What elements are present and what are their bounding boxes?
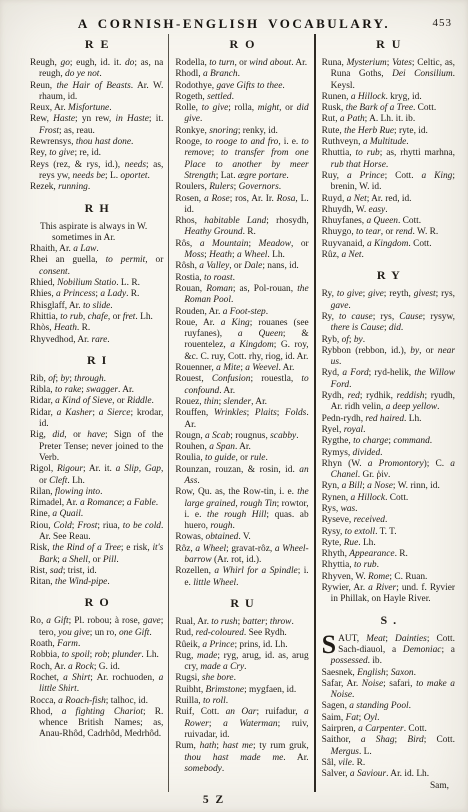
book-page: A CORNISH-ENGLISH VOCABULARY. 453 RE Reu… xyxy=(0,0,468,812)
dictionary-entry: Rodella, to turn, or wind about. Ar. xyxy=(175,58,308,69)
dictionary-entry: Runen, a Hillock. kryg, id. xyxy=(322,92,455,103)
dictionary-entry: Ruibht, Brimstone; mygfaen, id. xyxy=(175,685,308,696)
dictionary-entry: Rouenner, a Mite; a Weevel. Ar. xyxy=(175,363,308,374)
dictionary-entry: Rogeth, settled. xyxy=(175,92,308,103)
dictionary-entry: Rhittia, to rub, chafe, or fret. Lh. xyxy=(30,312,163,323)
dictionary-entry: Rine, a Quail. xyxy=(30,509,163,520)
dictionary-entry: Rowas, obtained. V. xyxy=(175,532,308,543)
dictionary-entry: Rual, Ar. to rush; batter; throw. xyxy=(175,617,308,628)
dictionary-entry: Rud, red-coloured. See Rydh. xyxy=(175,628,308,639)
dictionary-entry: Ruthveyn, a Multitude. xyxy=(322,137,455,148)
dictionary-entry: Rhisglaff, Ar. to slide. xyxy=(30,301,163,312)
dictionary-entry: Rouan, Roman; as, Pol-rouan, the Roman P… xyxy=(175,284,308,307)
dictionary-entry: Rhyven, W. Rome; C. Ruan. xyxy=(322,572,455,583)
dictionary-entry: Saim, Fat; Oyl. xyxy=(322,713,455,724)
column-body-ro: Rodella, to turn, or wind about. Ar.Rhod… xyxy=(175,58,308,775)
section-header: RY xyxy=(322,268,455,283)
dictionary-entry: Rhodl, a Branch. xyxy=(175,69,308,80)
dictionary-entry: Sairpren, a Carpenter. Cott. xyxy=(322,724,455,735)
dictionary-entry: Rhuygo, to tear, or rend. W. R. xyxy=(322,227,455,238)
dictionary-entry: Row, Qu. as, the Row-tin, i. e. the larg… xyxy=(175,487,308,532)
dictionary-entry: Rhaith, Ar. a Law. xyxy=(30,244,163,255)
column-body-re: Reugh, go; eugh, id. it. do; as, na reug… xyxy=(30,58,163,741)
section-header: RU xyxy=(175,596,308,611)
dictionary-entry: Rhuttia, to rub; as, rhytti marhna, rub … xyxy=(322,148,455,171)
dictionary-entry: Rhòs, Heath. R. xyxy=(30,323,163,334)
dictionary-entry: Roulers, Rulers; Governors. xyxy=(175,182,308,193)
dictionary-entry: Rygthe, to charge; command. xyxy=(322,436,455,447)
dictionary-entry: Rib, of; by; through. xyxy=(30,374,163,385)
dictionary-entry: Reun, the Hair of Beasts. Ar. W. rhaum, … xyxy=(30,81,163,104)
dictionary-entry: Rougn, a Scab; rougnus, scabby. xyxy=(175,431,308,442)
dictionary-entry: Ryseve, received. xyxy=(322,515,455,526)
dictionary-entry: Rydh, red; rydhik, reddish; ryudh, Ar. r… xyxy=(322,391,455,414)
dictionary-entry: Rug, made; ryg, arug, id. as, arug cry, … xyxy=(175,651,308,674)
dictionary-entry: Salver, a Saviour. Ar. id. Lh. xyxy=(322,769,455,780)
dictionary-entry: Rhyvedhod, Ar. rare. xyxy=(30,335,163,346)
dictionary-entry: Rôz, a Wheel; gravat-rôz, a Wheel-barrow… xyxy=(175,544,308,567)
dictionary-entry: Rôsh, a Valley, or Dale; nans, id. xyxy=(175,261,308,272)
section-header: RO xyxy=(30,595,163,610)
dictionary-entry: Rusk, the Bark of a Tree. Cott. xyxy=(322,103,455,114)
dictionary-entry: Rysy, to extoll. T. T. xyxy=(322,527,455,538)
drop-cap-letter: S xyxy=(322,634,336,655)
dictionary-entry: Rist, sad; trist, id. xyxy=(30,566,163,577)
dictionary-entry: Rewrensys, thou hast done. xyxy=(30,137,163,148)
dictionary-entry: Ritan, the Wind-pipe. xyxy=(30,577,163,588)
dictionary-entry: Rey, to give; re, id. xyxy=(30,148,163,159)
dictionary-entry: Ryb, of; by. xyxy=(322,335,455,346)
dictionary-entry: Riou, Cold; Frost; riua, to be cold. Ar.… xyxy=(30,521,163,544)
dictionary-entry: Saesnek, English; Saxon. xyxy=(322,668,455,679)
dictionary-entry: Rimadel, Ar. a Romance; a Fable. xyxy=(30,498,163,509)
dictionary-entry: Ryn, a Bill; a Nose; W. rinn, id. xyxy=(322,481,455,492)
dictionary-entry: Rodothye, gave Gifts to thee. xyxy=(175,81,308,92)
dictionary-entry: Rouffen, Wrinkles; Plaits; Folds. Ar. xyxy=(175,408,308,431)
dictionary-entry: Ry, to cause; rys, Cause; rysyw, there i… xyxy=(322,312,455,335)
dictionary-entry: Safar, Ar. Noise; safari, to make a Nois… xyxy=(322,679,455,702)
dictionary-entry: Roch, Ar. a Rock; G. id. xyxy=(30,662,163,673)
dictionary-entry: Ronkye, snoring; renky, id. xyxy=(175,126,308,137)
dictionary-entry: Reys (rez, & rys, id.), needs; as, reys … xyxy=(30,160,163,183)
dictionary-entry: Saithor, a Shag; Bird; Cott. Mergus. L. xyxy=(322,735,455,758)
dictionary-entry: Ribla, to rake; swagger. Ar. xyxy=(30,385,163,396)
text-columns: RE Reugh, go; eugh, id. it. do; as, na r… xyxy=(24,34,460,792)
dictionary-entry: Rybbon (rebbon, id.), by, or near us. xyxy=(322,346,455,369)
dictionary-entry: Ruif, Cott. an Oar; ruifadur, a Rower; a… xyxy=(175,707,308,741)
dictionary-entry: Rochet, a Shirt; Ar. rochuoden, a little… xyxy=(30,673,163,696)
dictionary-entry: Ruy, a Prince; Cott. a King; brenin, W. … xyxy=(322,171,455,194)
dictionary-entry: Roue, Ar. a King; rouanes (see ruyfanes)… xyxy=(175,318,308,363)
dictionary-entry: Risk, the Rind of a Tree; e risk, it's B… xyxy=(30,543,163,566)
dictionary-entry: Ryd, a Ford; ryd-helik, the Willow Ford. xyxy=(322,368,455,391)
dictionary-entry: Rozellen, a Whirl for a Spindle; i. e. l… xyxy=(175,566,308,589)
dictionary-entry: Rhied, Nobilium Statio. L. R. xyxy=(30,278,163,289)
column-header-ro: RO xyxy=(175,37,308,52)
dictionary-entry: Rynen, a Hillock. Cott. xyxy=(322,493,455,504)
dictionary-entry: Ry, to give; give; reyth, givest; rys, g… xyxy=(322,289,455,312)
column-ru: RU Runa, Mysterium; Vates; Celtic, as, R… xyxy=(314,34,460,792)
dictionary-entry: Rooge, to rooge to and fro, i. e. to rem… xyxy=(175,137,308,182)
dictionary-entry: Rig, did, or have; Sign of the Preter Te… xyxy=(30,430,163,464)
dictionary-entry: Rywier, Ar. a River; und. f. Ryvier in P… xyxy=(322,583,455,606)
dictionary-entry: Rugsi, she bore. xyxy=(175,673,308,684)
column-header-re: RE xyxy=(30,37,163,52)
dictionary-entry: Rostia, to roast. xyxy=(175,273,308,284)
dictionary-entry: Ridar, a Kasher; a Sierce; krodar, id. xyxy=(30,408,163,431)
dictionary-entry: Reux, Ar. Misfortune. xyxy=(30,103,163,114)
dictionary-entry: Rocca, a Roach-fish; talhoc, id. xyxy=(30,696,163,707)
section-header: S. xyxy=(322,613,455,628)
page-header: A CORNISH-ENGLISH VOCABULARY. 453 xyxy=(0,0,468,32)
column-header-ru: RU xyxy=(322,37,455,52)
section-header: RH xyxy=(30,201,163,216)
dictionary-entry: Robbia, to spoil; rob; plunder. Lh. xyxy=(30,650,163,661)
dictionary-entry: Rhyn (W. a Promontory); C. a Chanel. Gr.… xyxy=(322,459,455,482)
dictionary-entry: Ruyvanaid, a Kingdom. Cott. xyxy=(322,239,455,250)
dictionary-entry: Sâl, vile. R. xyxy=(322,758,455,769)
dictionary-entry: Rymys, divided. xyxy=(322,448,455,459)
dictionary-entry: Rhyth, Appearance. R. xyxy=(322,549,455,560)
dictionary-entry: Rhuydh, W. easy. xyxy=(322,205,455,216)
dictionary-entry: Rum, hath; hast me; ty rum gruk, thou ha… xyxy=(175,741,308,775)
dictionary-entry: Ryel, royal. xyxy=(322,425,455,436)
dictionary-entry: Rilan, flowing into. xyxy=(30,487,163,498)
page-title: A CORNISH-ENGLISH VOCABULARY. xyxy=(0,16,468,32)
dictionary-entry: Ruyd, a Net; Ar. red, id. xyxy=(322,194,455,205)
dictionary-entry: Runa, Mysterium; Vates; Celtic, as, Runa… xyxy=(322,58,455,92)
section-header: RI xyxy=(30,353,163,368)
catchword: Sam, xyxy=(322,781,455,792)
column-ro: RO Rodella, to turn, or wind about. Ar.R… xyxy=(168,34,313,792)
dictionary-entry: Ryte, Rue. Lh. xyxy=(322,538,455,549)
dictionary-entry: Roulia, to guide, or rule. xyxy=(175,453,308,464)
dictionary-entry: Rûeik, a Prince; prins, id. Lh. xyxy=(175,640,308,651)
dictionary-entry: Rosen, a Rose; ros, Ar. Ir. Rosa, L. id. xyxy=(175,194,308,217)
dictionary-entry: SAUT, Meat; Dainties; Cott. Sach-diauol,… xyxy=(322,634,455,668)
dictionary-entry: Rouden, Ar. a Foot-step. xyxy=(175,307,308,318)
dictionary-entry: Reugh, go; eugh, id. it. do; as, na reug… xyxy=(30,58,163,81)
dictionary-entry: Rouhen, a Span. Ar. xyxy=(175,442,308,453)
dictionary-entry: Ro, a Gift; Pl. robou; à rose, gave; ter… xyxy=(30,616,163,639)
dictionary-entry: Rew, Haste; yn rew, in Haste; it. Frost;… xyxy=(30,114,163,137)
column-body-ru: Runa, Mysterium; Vates; Celtic, as, Runa… xyxy=(322,58,455,792)
dictionary-entry: Rhuyfanes, a Queen. Cott. xyxy=(322,216,455,227)
dictionary-entry: Rezek, running. xyxy=(30,182,163,193)
dictionary-entry: Rhies, a Princess; a Lady. R. xyxy=(30,289,163,300)
dictionary-entry: Sagen, a standing Pool. xyxy=(322,701,455,712)
dictionary-entry: Rounzan, rouzan, & rosin, id. an Ass. xyxy=(175,465,308,488)
dictionary-entry: Ridar, a Kind of Sieve, or Riddle. xyxy=(30,396,163,407)
page-number: 453 xyxy=(433,17,453,29)
dictionary-entry: Pedn-rydh, red haired. Lh. xyxy=(322,414,455,425)
dictionary-entry: Rouest, Confusion; rouestla, to confound… xyxy=(175,374,308,397)
dictionary-entry: Rhei an guella, to permit, or consent. xyxy=(30,255,163,278)
dictionary-entry: Rôs, a Mountain; Meadow, or Moss; Heath;… xyxy=(175,239,308,262)
dictionary-entry: Rhod, a fighting Chariot; R. whence Brit… xyxy=(30,707,163,741)
dictionary-entry: Rhyttia, to rub. xyxy=(322,560,455,571)
dictionary-entry: Ruilla, to roll. xyxy=(175,696,308,707)
dictionary-entry: Rhos, habitable Land; rhosydh, Heathy Gr… xyxy=(175,216,308,239)
dictionary-entry: Rouez, thin; slender, Ar. xyxy=(175,397,308,408)
dictionary-entry: Rute, the Herb Rue; ryte, id. xyxy=(322,126,455,137)
dictionary-entry: Rys, was. xyxy=(322,504,455,515)
dictionary-entry: Rolle, to give; rolla, might, or did giv… xyxy=(175,103,308,126)
column-re: RE Reugh, go; eugh, id. it. do; as, na r… xyxy=(24,34,168,792)
signature-mark: 5 Z xyxy=(0,794,428,806)
dictionary-entry: Rut, a Path; A. Lh. it. ib. xyxy=(322,114,455,125)
dictionary-entry: Roath, Farm. xyxy=(30,639,163,650)
dictionary-entry: Rûz, a Net. xyxy=(322,250,455,261)
column-note: This aspirate is always in W. sometimes … xyxy=(30,222,163,245)
dictionary-entry: Rigol, Rigour; Ar. it. a Slip, Gap, or C… xyxy=(30,464,163,487)
